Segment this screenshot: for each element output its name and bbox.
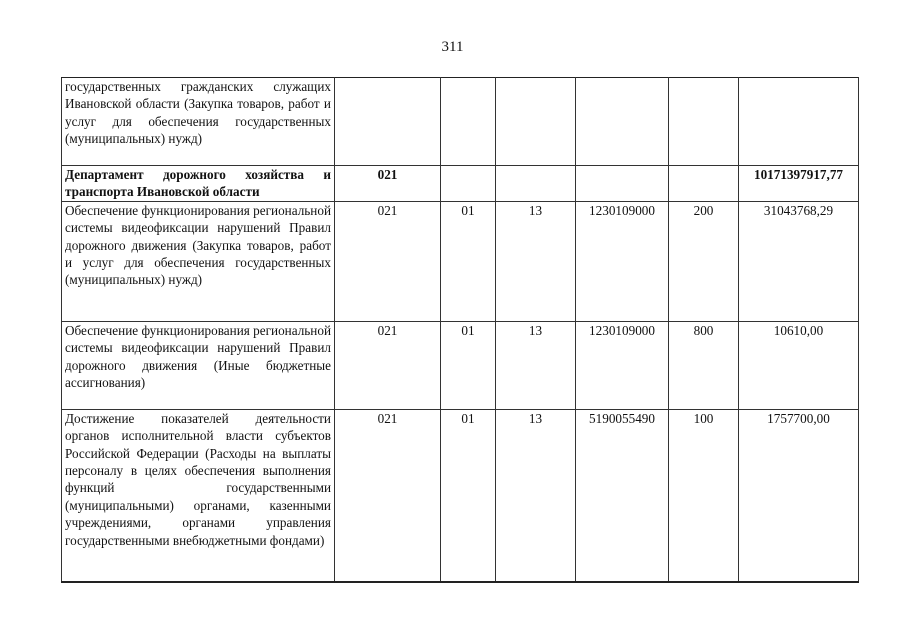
budget-table: государственных гражданских служащих Ива… (61, 77, 859, 583)
cell-ministry-code (335, 78, 441, 166)
cell-subsection-code: 13 (496, 201, 576, 321)
cell-ministry-code: 021 (335, 321, 441, 409)
cell-target-article: 1230109000 (576, 321, 669, 409)
cell-section-code: 01 (441, 409, 496, 582)
cell-subsection-code: 13 (496, 409, 576, 582)
table-row: Достижение показателей деятельности орга… (62, 409, 859, 582)
cell-description: государственных гражданских служащих Ива… (62, 78, 335, 166)
cell-subsection-code (496, 78, 576, 166)
cell-expense-type (669, 166, 739, 202)
table-row: Департамент дорожного хозяйства и трансп… (62, 166, 859, 202)
cell-description: Департамент дорожного хозяйства и трансп… (62, 166, 335, 202)
cell-expense-type (669, 78, 739, 166)
cell-subsection-code: 13 (496, 321, 576, 409)
table-row: Обеспечение функционирования регионально… (62, 201, 859, 321)
cell-section-code (441, 166, 496, 202)
cell-section-code: 01 (441, 321, 496, 409)
cell-expense-type: 100 (669, 409, 739, 582)
cell-ministry-code: 021 (335, 166, 441, 202)
cell-target-article (576, 166, 669, 202)
page-number: 311 (0, 38, 905, 56)
cell-target-article: 5190055490 (576, 409, 669, 582)
cell-amount: 10171397917,77 (739, 166, 859, 202)
cell-expense-type: 800 (669, 321, 739, 409)
cell-target-article (576, 78, 669, 166)
cell-amount: 1757700,00 (739, 409, 859, 582)
table-row: государственных гражданских служащих Ива… (62, 78, 859, 166)
table-row: Обеспечение функционирования регионально… (62, 321, 859, 409)
cell-description: Обеспечение функционирования регионально… (62, 321, 335, 409)
cell-description: Достижение показателей деятельности орга… (62, 409, 335, 582)
cell-description: Обеспечение функционирования регионально… (62, 201, 335, 321)
cell-amount: 10610,00 (739, 321, 859, 409)
cell-amount: 31043768,29 (739, 201, 859, 321)
cell-amount (739, 78, 859, 166)
cell-section-code (441, 78, 496, 166)
cell-target-article: 1230109000 (576, 201, 669, 321)
cell-ministry-code: 021 (335, 201, 441, 321)
cell-subsection-code (496, 166, 576, 202)
cell-expense-type: 200 (669, 201, 739, 321)
cell-section-code: 01 (441, 201, 496, 321)
cell-ministry-code: 021 (335, 409, 441, 582)
